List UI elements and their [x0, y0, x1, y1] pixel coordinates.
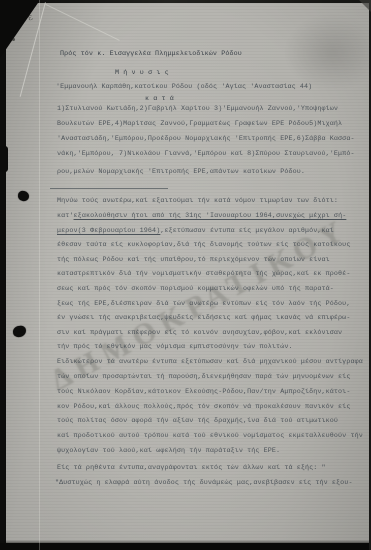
body-line: ψυχολογίαν τού λαού,καί ωφελήση τήν παρά… [57, 447, 280, 456]
body-line: έν γνώσει τής ανακριβείας,ψευδείς ειδήσε… [57, 314, 350, 323]
body-line: μερον(3 Φεβρουαρίου 1964),εξετύπωσαν έντ… [57, 227, 334, 236]
paper-smudge [285, 15, 371, 90]
document-title: Μ ή ν υ σ ι ς [115, 69, 169, 78]
body-line: τήν πρός τό εθνικόν μας νόμισμα εμπιστοσ… [57, 343, 293, 352]
body-line: καί προδοτικού αυτού τρόπου κατά τού εθν… [57, 432, 363, 441]
section-divider [50, 188, 168, 189]
underlined-date-text: εξακολούθησιν ήτοι από τής 31ης 'Ιανουαρ… [74, 212, 347, 220]
ink-mark-edge [0, 146, 8, 172]
defendants-line: νάκη,'Εμπόρου, 7)Νικολάου Γιαννά,'Εμπόρο… [57, 150, 355, 159]
complainant-line: 'Εμμανουήλ Καρπάθη,κατοίκου Ρόδου (οδός … [56, 83, 312, 92]
body-line: τούς Νικόλαον Κορδίαν,κάτοικον Ελεούσης-… [57, 388, 350, 397]
addressee-line: Πρός τόν κ. Εισαγγελέα Πλημμελειοδικών Ρ… [60, 50, 242, 59]
body-line: Μηνύω τούς ανωτέρω,καί εξαιτούμαι τήν κα… [57, 197, 338, 206]
ink-speck [12, 38, 15, 41]
body-line: τής πόλεως Ρόδου καί τής υπαίθρου,τό περ… [57, 256, 330, 265]
scanned-document-photo: ΔΗΜΟΚΡΑΤΙΚΟΥ Πρός τόν κ. Εισαγγελέα Πλημ… [0, 0, 371, 550]
body-line: τούς πολίτας όσον αφορά τήν αξίαν τής δρ… [57, 417, 338, 426]
scan-top-edge [0, 0, 371, 3]
body-line: κον Ρόδου,καί άλλους πολλούς,πρός τόν σκ… [57, 403, 350, 412]
paper-crease [39, 0, 40, 550]
against-word: κ α τ ά [145, 95, 174, 104]
scan-bottom-edge [0, 543, 371, 550]
body-line: "Δυστυχώς η ελαφρά αύτη άνοδος τής δυνάμ… [55, 479, 353, 488]
body-line: σεως καί πρός τόν σκοπόν πορισμού κομματ… [57, 285, 334, 294]
body-line: κατ'εξακολούθησιν ήτοι από τής 31ης 'Ιαν… [57, 212, 346, 221]
defendants-line: ρου,μελών Νομαρχιακής 'Επιτροπής ΕΡΕ,απά… [57, 168, 305, 177]
body-text: κατ' [57, 212, 74, 220]
scan-left-edge [0, 0, 6, 550]
body-text: ,εξετύπωσαν έντυπα είς μεγάλον αριθμόν,κ… [160, 227, 334, 235]
defendants-line: 'Αναστασιάδη,'Εμπόρου,Προέδρου Νομαρχιακ… [57, 135, 355, 144]
defendants-line: 1)Στυλιανού Κωτιάδη,2)Γαβριήλ Χαρίτου 3)… [57, 105, 338, 114]
body-line: έθεσαν ταύτα είς κυκλοφορίαν,διά τής δια… [57, 241, 350, 250]
body-line: καταστρεπτικόν διά τήν νομισματικήν σταθ… [57, 270, 350, 279]
body-line: σιν καί πράγματι επέφερον είς τό κοινόν … [57, 329, 342, 338]
defendants-line: Βουλευτών ΕΡΕ,4)Μαρίτσας Ζαννού,Γραμματέ… [57, 120, 342, 129]
body-line: τών οποίων προσαρτώνται τή παρούση,διενε… [57, 373, 350, 382]
body-line: Είς τά ρηθέντα έντυπα,αναγράφονται εκτός… [57, 464, 326, 473]
body-line: Ειδικώτερον τά ανωτέρω έντυπα εξετύπωσαν… [57, 358, 363, 367]
body-line: ξεως τής ΕΡΕ,διέσπειραν διά τών ανωτέρω … [57, 300, 350, 309]
underlined-date-text: μερον(3 Φεβρουαρίου 1964) [57, 227, 160, 235]
